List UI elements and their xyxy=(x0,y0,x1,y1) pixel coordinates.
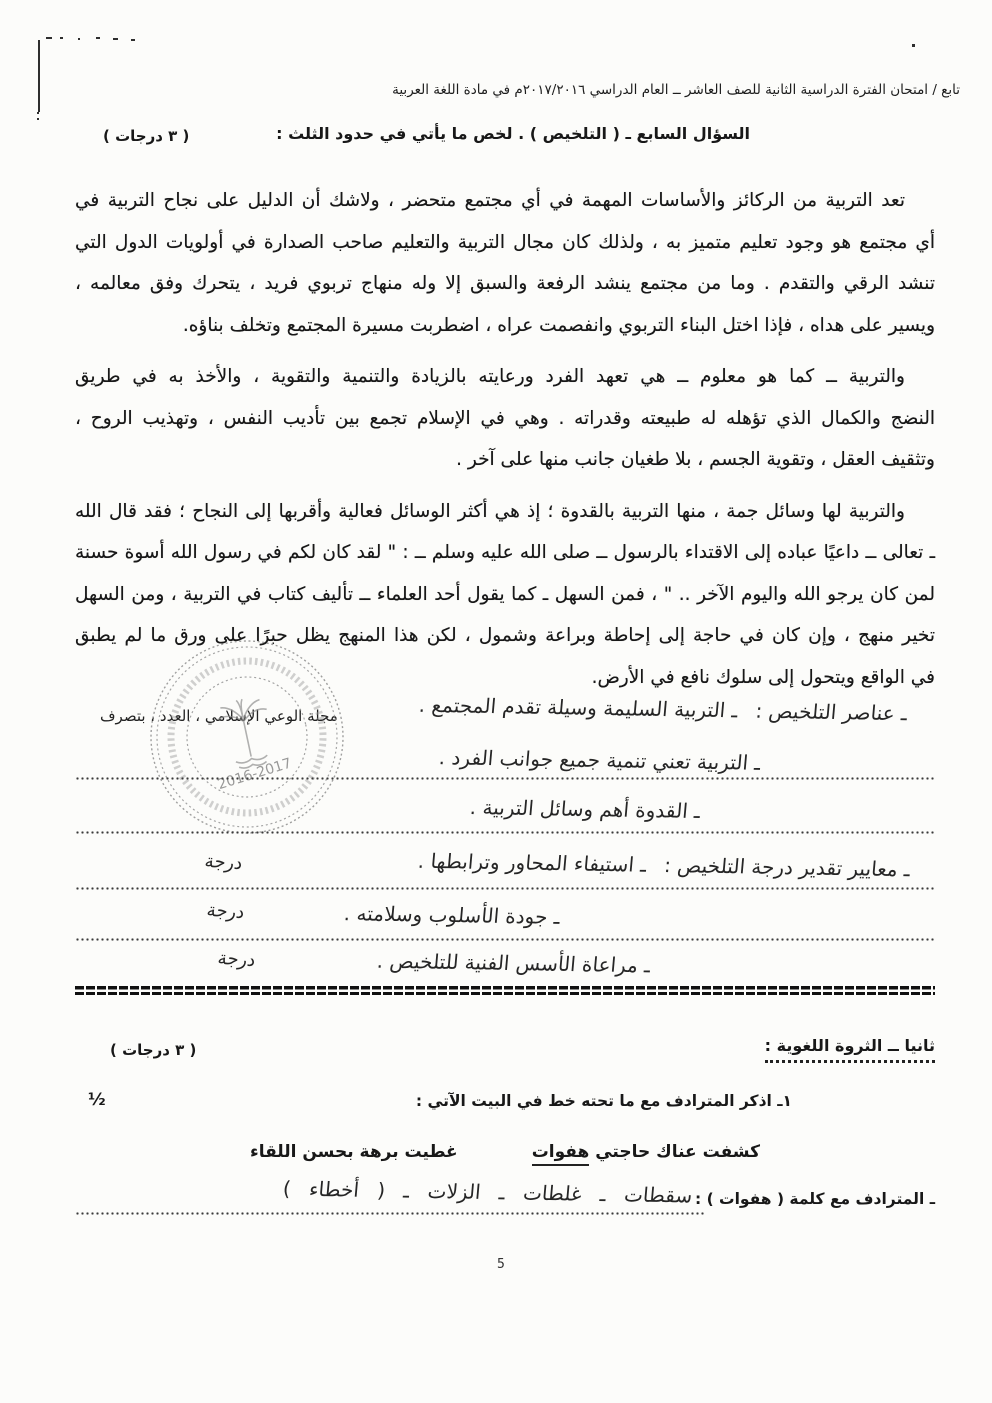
dotted-rule xyxy=(75,887,935,890)
scan-artifact xyxy=(37,112,39,114)
exam-header: تابع / امتحان الفترة الدراسية الثانية لل… xyxy=(392,82,960,98)
vocab-question-1-prompt: ١ـ اذكر المترادف مع ما تحته خط في البيت … xyxy=(416,1092,792,1110)
dotted-rule xyxy=(75,938,935,941)
verse-underlined-word: هفوات xyxy=(532,1142,590,1166)
scan-artifact xyxy=(46,37,52,39)
scan-artifact xyxy=(38,40,40,112)
passage-line: والتربية ــ كما هو معلوم ــ هي تعهد الفر… xyxy=(75,356,935,398)
answer-dotted-rule xyxy=(75,1212,705,1215)
passage-line: ويسير على هداه ، فإذا اختل البناء التربو… xyxy=(75,305,935,347)
passage-line: أي مجتمع هو وجود تعليم متميز به ، ولذلك … xyxy=(75,222,935,264)
scan-artifact xyxy=(60,37,63,39)
grader-point-2: ـ التربية تعني تنمية جميع جوانب الفرد . xyxy=(438,745,761,775)
verse-first-pre: كشفت عناك حاجتي xyxy=(589,1142,760,1162)
passage-text: تعد التربية من الركائز والأساسات المهمة … xyxy=(75,180,935,708)
passage-line: وتثقيف العقل ، وتقوية الجسم ، بلا طغيان … xyxy=(75,439,935,481)
scan-artifact xyxy=(37,118,39,120)
stamp-seal-icon: 2016-2017 xyxy=(128,618,365,855)
scan-artifact xyxy=(96,37,100,39)
synonym-answer-handwritten: سقطات ـ غلطات ـ الزلات ـ ( أخطاء ) xyxy=(282,1176,693,1207)
scan-artifact xyxy=(113,38,118,40)
scan-artifact xyxy=(131,39,135,41)
synonym-answer-label: ـ المترادف مع كلمة ( هفوات ) : xyxy=(695,1190,935,1208)
palm-tree-icon xyxy=(215,695,278,772)
passage-line: لمن كان يرجو الله واليوم الآخر .. " ، فم… xyxy=(75,574,935,616)
dotted-rule xyxy=(75,831,935,834)
grader-points-heading: ـ عناصر التلخيص : xyxy=(754,699,908,726)
section-two-marks: ( ٣ درجات ) xyxy=(110,1041,196,1059)
grader-criterion-2: ـ جودة الأسلوب وسلامته . xyxy=(343,901,561,929)
scan-artifact xyxy=(912,44,915,47)
page-number: 5 xyxy=(497,1257,505,1272)
grader-criteria-row-1: ـ معايير تقدير درجة التلخيص : ـ استيفاء … xyxy=(417,849,911,882)
passage-line: تعد التربية من الركائز والأساسات المهمة … xyxy=(75,180,935,222)
passage-line: ـ تعالى ــ داعيًا عباده إلى الاقتداء بال… xyxy=(75,532,935,574)
grader-point-1: ـ التربية السليمة وسيلة تقدم المجتمع . xyxy=(418,693,739,723)
passage-line: والتربية لها وسائل جمة ، منها التربية با… xyxy=(75,491,935,533)
grader-criterion-3: ـ مراعاة الأسس الفنية للتلخيص . xyxy=(376,949,651,978)
section-divider-line xyxy=(75,986,935,995)
verse-second-hemistich: غطيت برهة بحسن اللقاء xyxy=(250,1142,458,1162)
passage-paragraph-2: والتربية ــ كما هو معلوم ــ هي تعهد الفر… xyxy=(75,356,935,481)
passage-line: تنشد الرقي والتقدم . وما من مجتمع ينشد ا… xyxy=(75,263,935,305)
question-seven-marks: ( ٣ درجات ) xyxy=(103,127,189,145)
vocab-question-1-mark: ½ xyxy=(88,1090,106,1110)
scanned-exam-page: تابع / امتحان الفترة الدراسية الثانية لل… xyxy=(0,0,992,1403)
verse-first-hemistich: كشفت عناك حاجتي هفوات xyxy=(532,1142,760,1162)
dotted-rule xyxy=(75,777,935,780)
official-stamp: 2016-2017 xyxy=(128,618,365,855)
grader-point-3: ـ القدوة أهم وسائل التربية . xyxy=(469,795,701,823)
passage-paragraph-1: تعد التربية من الركائز والأساسات المهمة … xyxy=(75,180,935,346)
section-two-title: ثانيا ــ الثروة اللغوية : xyxy=(765,1036,935,1063)
passage-line: النضج والكمال الذي تؤهله له طبيعته وقدرا… xyxy=(75,398,935,440)
stamp-year: 2016-2017 xyxy=(216,755,294,793)
grader-criterion-2-mark: درجة xyxy=(205,900,247,923)
question-seven-title: السؤال السابع ـ ( التلخيص ) . لخص ما يأت… xyxy=(276,124,750,143)
grader-criterion-1: ـ استيفاء المحاور وترابطها . xyxy=(417,849,647,877)
grader-criterion-3-mark: درجة xyxy=(216,948,258,971)
grader-criteria-heading: ـ معايير تقدير درجة التلخيص : xyxy=(663,853,911,881)
scan-artifact xyxy=(78,38,80,40)
grader-criterion-1-mark: درجة xyxy=(203,851,245,874)
